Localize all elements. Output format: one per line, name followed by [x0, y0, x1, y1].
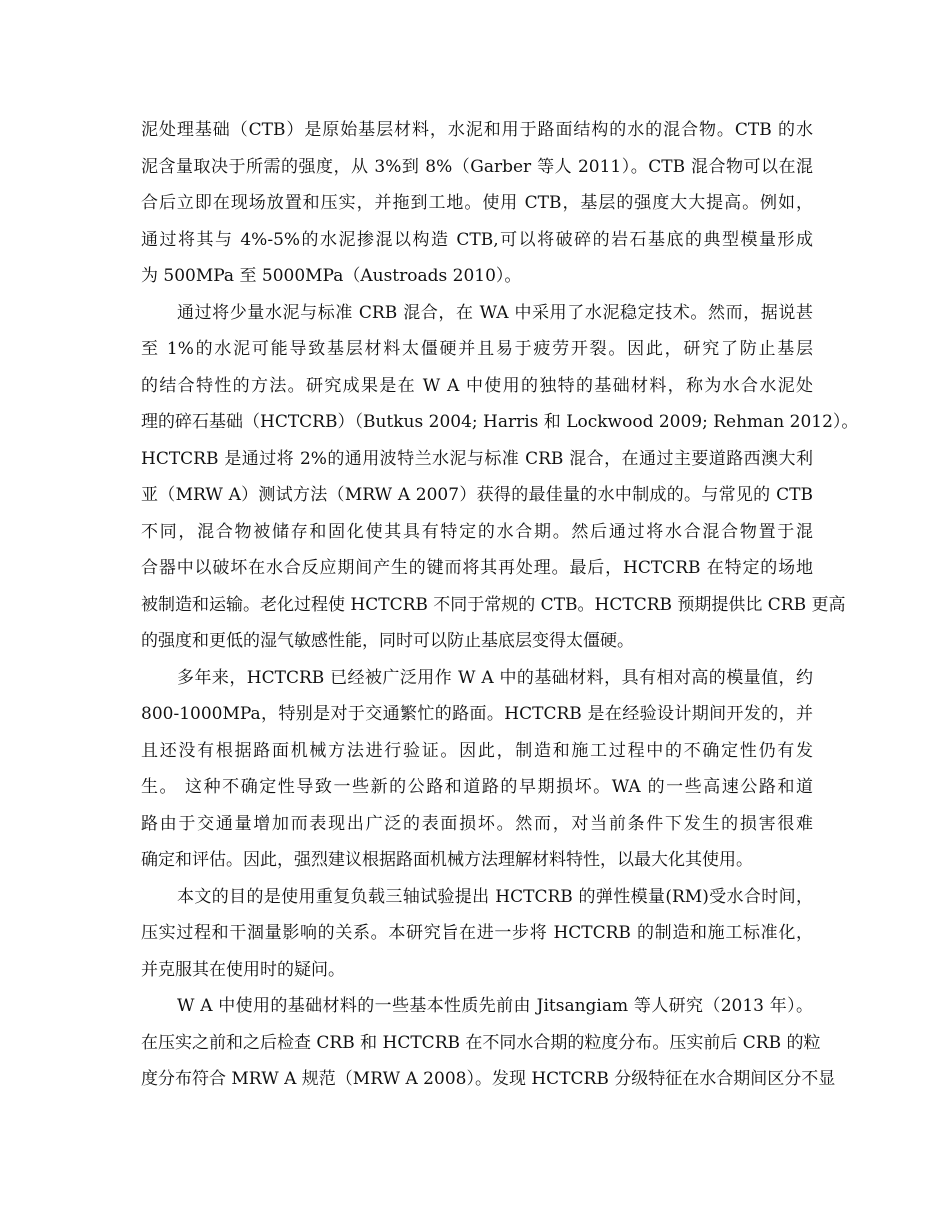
text-line: HCTCRB 是通过将 2%的通用波特兰水泥与标准 CRB 混合，在通过主要道路… [141, 441, 813, 478]
text-line: 压实过程和干涸量影响的关系。本研究旨在进一步将 HCTCRB 的制造和施工标准化… [141, 915, 813, 952]
text-line: 至 1%的水泥可能导致基层材料太僵硬并且易于疲劳开裂。因此，研究了防止基层 [141, 331, 813, 368]
text-line: 路由于交通量增加而表现出广泛的表面损坏。然而，对当前条件下发生的损害很难 [141, 806, 813, 843]
text-line: 并克服其在使用时的疑问。 [141, 952, 813, 989]
text-line: 度分布符合 MRW A 规范（MRW A 2008）。发现 HCTCRB 分级特… [141, 1061, 813, 1098]
text-line: 生。 这种不确定性导致一些新的公路和道路的早期损坏。WA 的一些高速公路和道 [141, 769, 813, 806]
text-line: 亚（MRW A）测试方法（MRW A 2007）获得的最佳量的水中制成的。与常见… [141, 477, 813, 514]
text-line: 800-1000MPa，特别是对于交通繁忙的路面。HCTCRB 是在经验设计期间… [141, 696, 813, 733]
text-line: 确定和评估。因此，强烈建议根据路面机械方法理解材料特性，以最大化其使用。 [141, 842, 813, 879]
text-line: 为 500MPa 至 5000MPa（Austroads 2010）。 [141, 258, 813, 295]
text-line: 泥含量取决于所需的强度，从 3%到 8%（Garber 等人 2011）。CTB… [141, 149, 813, 186]
text-line: W A 中使用的基础材料的一些基本性质先前由 Jitsangiam 等人研究（2… [141, 988, 813, 1025]
text-line: 且还没有根据路面机械方法进行验证。因此，制造和施工过程中的不确定性仍有发 [141, 733, 813, 770]
paragraph-ctb-definition: 泥处理基础（CTB）是原始基层材料，水泥和用于路面结构的水的混合物。CTB 的水… [141, 112, 813, 295]
text-line: 泥处理基础（CTB）是原始基层材料，水泥和用于路面结构的水的混合物。CTB 的水 [141, 112, 813, 149]
document-page: 泥处理基础（CTB）是原始基层材料，水泥和用于路面结构的水的混合物。CTB 的水… [141, 112, 813, 1098]
paragraph-objective: 本文的目的是使用重复负载三轴试验提出 HCTCRB 的弹性模量(RM)受水合时间… [141, 879, 813, 989]
text-line: 理的碎石基础（HCTCRB）（Butkus 2004; Harris 和 Loc… [141, 404, 813, 441]
text-line: 通过将少量水泥与标准 CRB 混合，在 WA 中采用了水泥稳定技术。然而，据说甚 [141, 295, 813, 332]
text-line: 的结合特性的方法。研究成果是在 W A 中使用的独特的基础材料，称为水合水泥处 [141, 368, 813, 405]
text-line: 在压实之前和之后检查 CRB 和 HCTCRB 在不同水合期的粒度分布。压实前后… [141, 1025, 813, 1062]
paragraph-prior-research: W A 中使用的基础材料的一些基本性质先前由 Jitsangiam 等人研究（2… [141, 988, 813, 1098]
text-line: 不同，混合物被储存和固化使其具有特定的水合期。然后通过将水合混合物置于混 [141, 514, 813, 551]
text-line: 的强度和更低的湿气敏感性能，同时可以防止基底层变得太僵硬。 [141, 623, 813, 660]
text-line: 合后立即在现场放置和压实，并拖到工地。使用 CTB，基层的强度大大提高。例如， [141, 185, 813, 222]
paragraph-hctcrb-origin: 通过将少量水泥与标准 CRB 混合，在 WA 中采用了水泥稳定技术。然而，据说甚… [141, 295, 813, 660]
text-line: 通过将其与 4%-5%的水泥掺混以构造 CTB,可以将破碎的岩石基底的典型模量形… [141, 222, 813, 259]
text-line: 合器中以破坏在水合反应期间产生的键而将其再处理。最后，HCTCRB 在特定的场地 [141, 550, 813, 587]
text-line: 多年来，HCTCRB 已经被广泛用作 W A 中的基础材料，具有相对高的模量值，… [141, 660, 813, 697]
paragraph-hctcrb-usage: 多年来，HCTCRB 已经被广泛用作 W A 中的基础材料，具有相对高的模量值，… [141, 660, 813, 879]
text-line: 本文的目的是使用重复负载三轴试验提出 HCTCRB 的弹性模量(RM)受水合时间… [141, 879, 813, 916]
text-line: 被制造和运输。老化过程使 HCTCRB 不同于常规的 CTB。HCTCRB 预期… [141, 587, 813, 624]
